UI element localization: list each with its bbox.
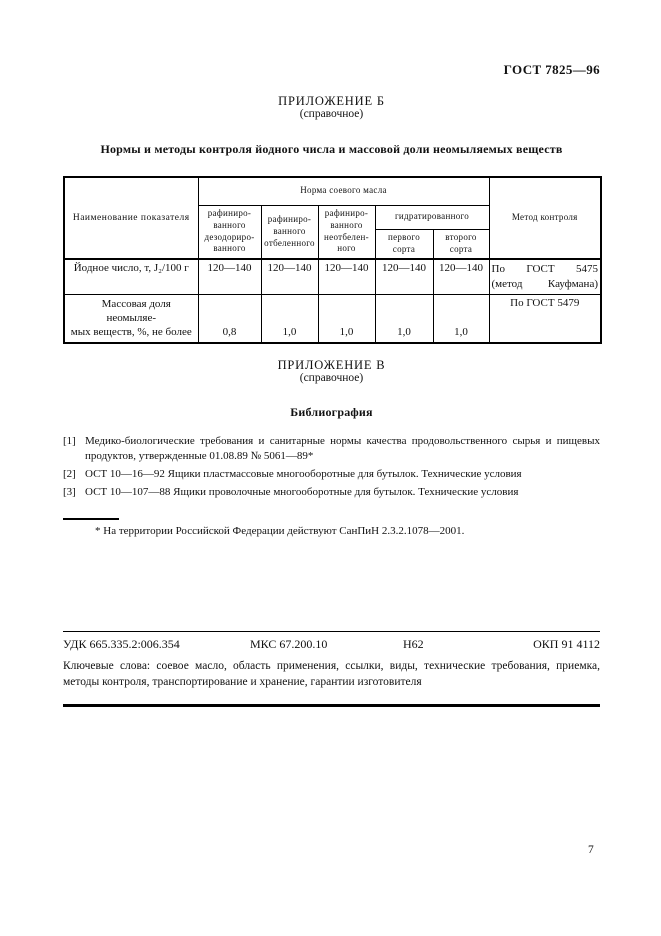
udk-code: УДК 665.335.2:006.354 bbox=[63, 637, 180, 652]
norms-section-title: Нормы и методы контроля йодного числа и … bbox=[63, 142, 600, 157]
bibliography-item: [1] Медико-биологические требования и са… bbox=[63, 434, 600, 464]
document-page: ГОСТ 7825—96 ПРИЛОЖЕНИЕ Б (справочное) Н… bbox=[0, 0, 661, 936]
appendix-v-note: (справочное) bbox=[63, 372, 600, 384]
value-cell: 120—140 bbox=[198, 259, 261, 294]
appendix-b-note: (справочное) bbox=[63, 108, 600, 120]
row-name-cell: Массовая доля неомыляе- мых веществ, %, … bbox=[64, 294, 198, 342]
bibliography-item-text: ОСТ 10—16—92 Ящики пластмассовые многооб… bbox=[85, 468, 522, 480]
row-name-cell: Йодное число, т, J₂/100 г bbox=[64, 259, 198, 294]
bibliography-item: [3] ОСТ 10—107—88 Ящики проволочные мног… bbox=[63, 485, 600, 500]
page-number: 7 bbox=[588, 844, 594, 856]
footnote-text: * На территории Российской Федерации дей… bbox=[63, 525, 600, 537]
keywords-paragraph: Ключевые слова: соевое масло, область пр… bbox=[63, 659, 600, 690]
col-header-second-grade: второго сорта bbox=[433, 229, 489, 259]
col-header-refined-deodorized: рафиниро- ванного дезодориро- ванного bbox=[198, 205, 261, 259]
bibliography-item-label: [3] bbox=[63, 485, 76, 500]
col-header-name: Наименование показателя bbox=[64, 177, 198, 259]
table-row-unsaponifiable: Массовая доля неомыляе- мых веществ, %, … bbox=[64, 294, 601, 342]
value-cell: 1,0 bbox=[318, 294, 375, 342]
col-header-norm-group: Норма соевого масла bbox=[198, 177, 489, 205]
bibliography-item-text: Медико-биологические требования и санита… bbox=[85, 435, 600, 462]
method-cell: По ГОСТ 5479 bbox=[489, 294, 601, 342]
norms-table: Наименование показателя Норма соевого ма… bbox=[63, 176, 602, 344]
method-cell: По ГОСТ 5475 (метод Кауфмана) bbox=[489, 259, 601, 294]
col-header-hydrated-group: гидратированного bbox=[375, 205, 489, 229]
bibliography-item: [2] ОСТ 10—16—92 Ящики пластмассовые мно… bbox=[63, 467, 600, 482]
appendix-v-title: ПРИЛОЖЕНИЕ В bbox=[63, 358, 600, 373]
col-header-first-grade: первого сорта bbox=[375, 229, 433, 259]
bibliography-item-label: [2] bbox=[63, 467, 76, 482]
classification-row: УДК 665.335.2:006.354 МКС 67.200.10 Н62 … bbox=[63, 637, 600, 653]
value-cell: 120—140 bbox=[318, 259, 375, 294]
bibliography-title: Библиография bbox=[63, 405, 600, 420]
value-cell: 1,0 bbox=[433, 294, 489, 342]
separator-rule-thick bbox=[63, 704, 600, 707]
value-cell: 120—140 bbox=[433, 259, 489, 294]
footnote-divider bbox=[63, 518, 119, 520]
table-row-iodine: Йодное число, т, J₂/100 г 120—140 120—14… bbox=[64, 259, 601, 294]
separator-rule-thin bbox=[63, 631, 600, 632]
appendix-b-title: ПРИЛОЖЕНИЕ Б bbox=[63, 94, 600, 109]
value-cell: 120—140 bbox=[261, 259, 318, 294]
col-header-method: Метод контроля bbox=[489, 177, 601, 259]
col-header-refined-bleached: рафиниро- ванного отбеленного bbox=[261, 205, 318, 259]
doc-number: ГОСТ 7825—96 bbox=[504, 62, 600, 78]
value-cell: 0,8 bbox=[198, 294, 261, 342]
catalog-code: Н62 bbox=[403, 637, 424, 652]
bibliography-item-label: [1] bbox=[63, 434, 76, 449]
value-cell: 120—140 bbox=[375, 259, 433, 294]
value-cell: 1,0 bbox=[261, 294, 318, 342]
bibliography-item-text: ОСТ 10—107—88 Ящики проволочные многообо… bbox=[85, 486, 518, 498]
bibliography-list: [1] Медико-биологические требования и са… bbox=[63, 434, 600, 503]
mks-code: МКС 67.200.10 bbox=[250, 637, 327, 652]
okp-code: ОКП 91 4112 bbox=[533, 637, 600, 652]
col-header-refined-unbleached: рафиниро- ванного неотбелен- ного bbox=[318, 205, 375, 259]
value-cell: 1,0 bbox=[375, 294, 433, 342]
